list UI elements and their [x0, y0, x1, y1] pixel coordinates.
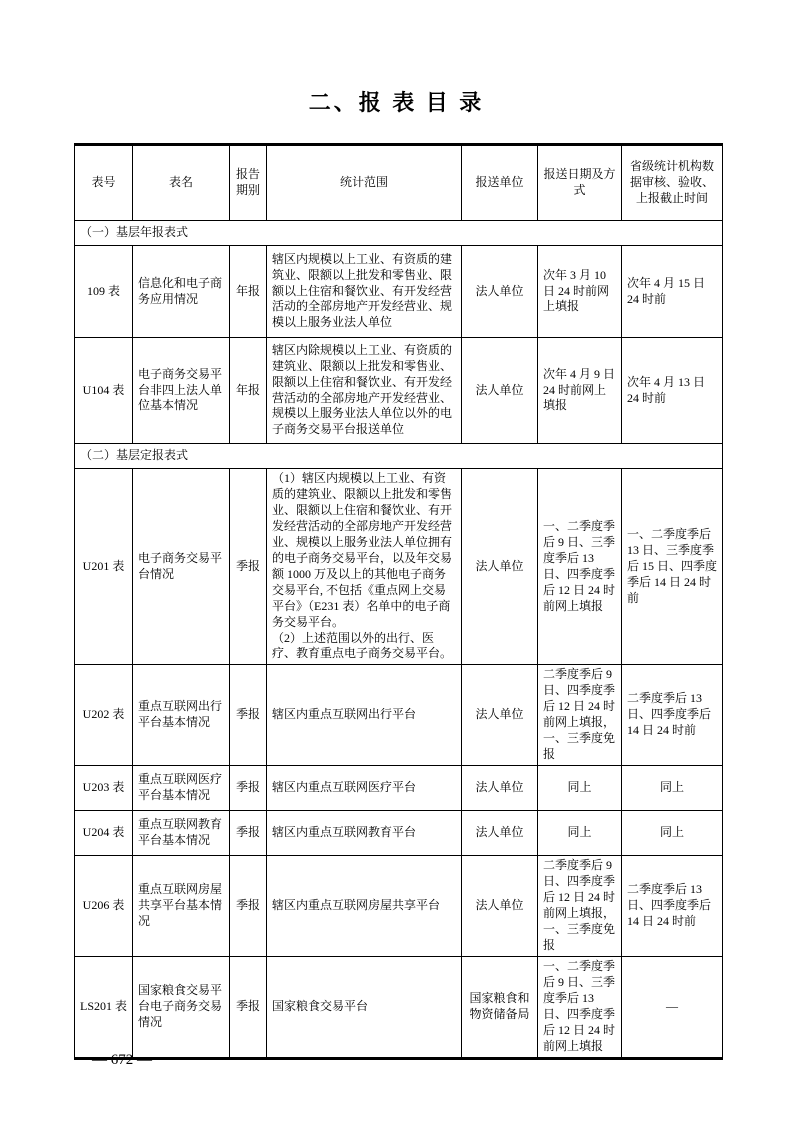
- report-directory-table: 表号 表名 报告期别 统计范围 报送单位 报送日期及方式 省级统计机构数据审核、…: [74, 143, 723, 1060]
- cell-submit-date: 次年 3 月 10 日 24 时前网上填报: [538, 246, 622, 338]
- header-reporting-unit: 报送单位: [462, 145, 538, 221]
- cell-form-name: 电子商务交易平台情况: [133, 469, 230, 665]
- header-form-name: 表名: [133, 145, 230, 221]
- cell-form-name: 重点互联网房屋共享平台基本情况: [133, 856, 230, 957]
- cell-deadline: 二季度季后 13 日、四季度季后 14 日 24 时前: [622, 665, 723, 766]
- cell-period: 季报: [230, 811, 267, 856]
- cell-submit-date: 同上: [538, 766, 622, 811]
- table-header-row: 表号 表名 报告期别 统计范围 报送单位 报送日期及方式 省级统计机构数据审核、…: [75, 145, 723, 221]
- cell-deadline: 一、二季度季后 13 日、三季度季后 15 日、四季度季后 14 日 24 时前: [622, 469, 723, 665]
- cell-unit: 法人单位: [462, 338, 538, 444]
- cell-submit-date: 一、二季度季后 9 日、三季度季后 13 日、四季度季后 12 日 24 时前网…: [538, 469, 622, 665]
- cell-period: 年报: [230, 338, 267, 444]
- section-label-quarterly: （二）基层定报表式: [75, 444, 723, 469]
- cell-unit: 法人单位: [462, 766, 538, 811]
- header-statistical-scope: 统计范围: [267, 145, 462, 221]
- cell-submit-date: 二季度季后 9 日、四季度季后 12 日 24 时前网上填报，一、三季度免报: [538, 665, 622, 766]
- table-row: U206 表 重点互联网房屋共享平台基本情况 季报 辖区内重点互联网房屋共享平台…: [75, 856, 723, 957]
- cell-unit: 法人单位: [462, 856, 538, 957]
- cell-period: 季报: [230, 856, 267, 957]
- table-row: U104 表 电子商务交易平台非四上法人单位基本情况 年报 辖区内除规模以上工业…: [75, 338, 723, 444]
- header-submit-date-method: 报送日期及方式: [538, 145, 622, 221]
- cell-period: 季报: [230, 766, 267, 811]
- cell-deadline: 同上: [622, 766, 723, 811]
- cell-unit: 法人单位: [462, 469, 538, 665]
- cell-scope: 辖区内重点互联网房屋共享平台: [267, 856, 462, 957]
- cell-form-no: U104 表: [75, 338, 133, 444]
- table-row: U201 表 电子商务交易平台情况 季报 （1）辖区内规模以上工业、有资质的建筑…: [75, 469, 723, 665]
- cell-scope: 辖区内重点互联网出行平台: [267, 665, 462, 766]
- cell-deadline: 次年 4 月 15 日 24 时前: [622, 246, 723, 338]
- cell-form-name: 重点互联网出行平台基本情况: [133, 665, 230, 766]
- cell-form-no: U202 表: [75, 665, 133, 766]
- cell-form-name: 重点互联网医疗平台基本情况: [133, 766, 230, 811]
- header-provincial-deadline: 省级统计机构数据审核、验收、上报截止时间: [622, 145, 723, 221]
- document-page: 二、报 表 目 录 表号 表名 报告期别 统计范围 报送单位 报送日期及方式 省…: [0, 0, 793, 1122]
- cell-scope: 辖区内除规模以上工业、有资质的建筑业、限额以上批发和零售业、限额以上住宿和餐饮业…: [267, 338, 462, 444]
- cell-deadline: 次年 4 月 13 日 24 时前: [622, 338, 723, 444]
- page-title: 二、报 表 目 录: [0, 86, 793, 117]
- cell-submit-date: 一、二季度季后 9 日、三季度季后 13 日、四季度季后 12 日 24 时前网…: [538, 956, 622, 1058]
- cell-submit-date: 二季度季后 9 日、四季度季后 12 日 24 时前网上填报，一、三季度免报: [538, 856, 622, 957]
- cell-scope: （1）辖区内规模以上工业、有资质的建筑业、限额以上批发和零售业、限额以上住宿和餐…: [267, 469, 462, 665]
- cell-scope: 辖区内重点互联网教育平台: [267, 811, 462, 856]
- table-row: U204 表 重点互联网教育平台基本情况 季报 辖区内重点互联网教育平台 法人单…: [75, 811, 723, 856]
- cell-form-name: 信息化和电子商务应用情况: [133, 246, 230, 338]
- section-row-quarterly: （二）基层定报表式: [75, 444, 723, 469]
- cell-form-no: U204 表: [75, 811, 133, 856]
- cell-period: 季报: [230, 956, 267, 1058]
- table-row: 109 表 信息化和电子商务应用情况 年报 辖区内规模以上工业、有资质的建筑业、…: [75, 246, 723, 338]
- header-report-period: 报告期别: [230, 145, 267, 221]
- cell-form-name: 国家粮食交易平台电子商务交易情况: [133, 956, 230, 1058]
- table-row: U203 表 重点互联网医疗平台基本情况 季报 辖区内重点互联网医疗平台 法人单…: [75, 766, 723, 811]
- cell-form-no: U203 表: [75, 766, 133, 811]
- table-row: U202 表 重点互联网出行平台基本情况 季报 辖区内重点互联网出行平台 法人单…: [75, 665, 723, 766]
- page-number: — 672 —: [92, 1052, 152, 1069]
- header-form-no: 表号: [75, 145, 133, 221]
- cell-submit-date: 同上: [538, 811, 622, 856]
- cell-submit-date: 次年 4 月 9 日 24 时前网上填报: [538, 338, 622, 444]
- cell-scope: 国家粮食交易平台: [267, 956, 462, 1058]
- section-label-annual: （一）基层年报表式: [75, 221, 723, 246]
- cell-unit: 法人单位: [462, 665, 538, 766]
- cell-unit: 国家粮食和物资储备局: [462, 956, 538, 1058]
- cell-deadline: 同上: [622, 811, 723, 856]
- section-row-annual: （一）基层年报表式: [75, 221, 723, 246]
- cell-scope: 辖区内重点互联网医疗平台: [267, 766, 462, 811]
- cell-form-name: 重点互联网教育平台基本情况: [133, 811, 230, 856]
- cell-period: 年报: [230, 246, 267, 338]
- cell-form-no: 109 表: [75, 246, 133, 338]
- cell-unit: 法人单位: [462, 246, 538, 338]
- cell-deadline: —: [622, 956, 723, 1058]
- cell-form-no: U206 表: [75, 856, 133, 957]
- cell-unit: 法人单位: [462, 811, 538, 856]
- table-row: LS201 表 国家粮食交易平台电子商务交易情况 季报 国家粮食交易平台 国家粮…: [75, 956, 723, 1058]
- cell-period: 季报: [230, 469, 267, 665]
- cell-deadline: 二季度季后 13 日、四季度季后 14 日 24 时前: [622, 856, 723, 957]
- cell-period: 季报: [230, 665, 267, 766]
- cell-scope: 辖区内规模以上工业、有资质的建筑业、限额以上批发和零售业、限额以上住宿和餐饮业、…: [267, 246, 462, 338]
- cell-form-name: 电子商务交易平台非四上法人单位基本情况: [133, 338, 230, 444]
- cell-form-no: U201 表: [75, 469, 133, 665]
- cell-form-no: LS201 表: [75, 956, 133, 1058]
